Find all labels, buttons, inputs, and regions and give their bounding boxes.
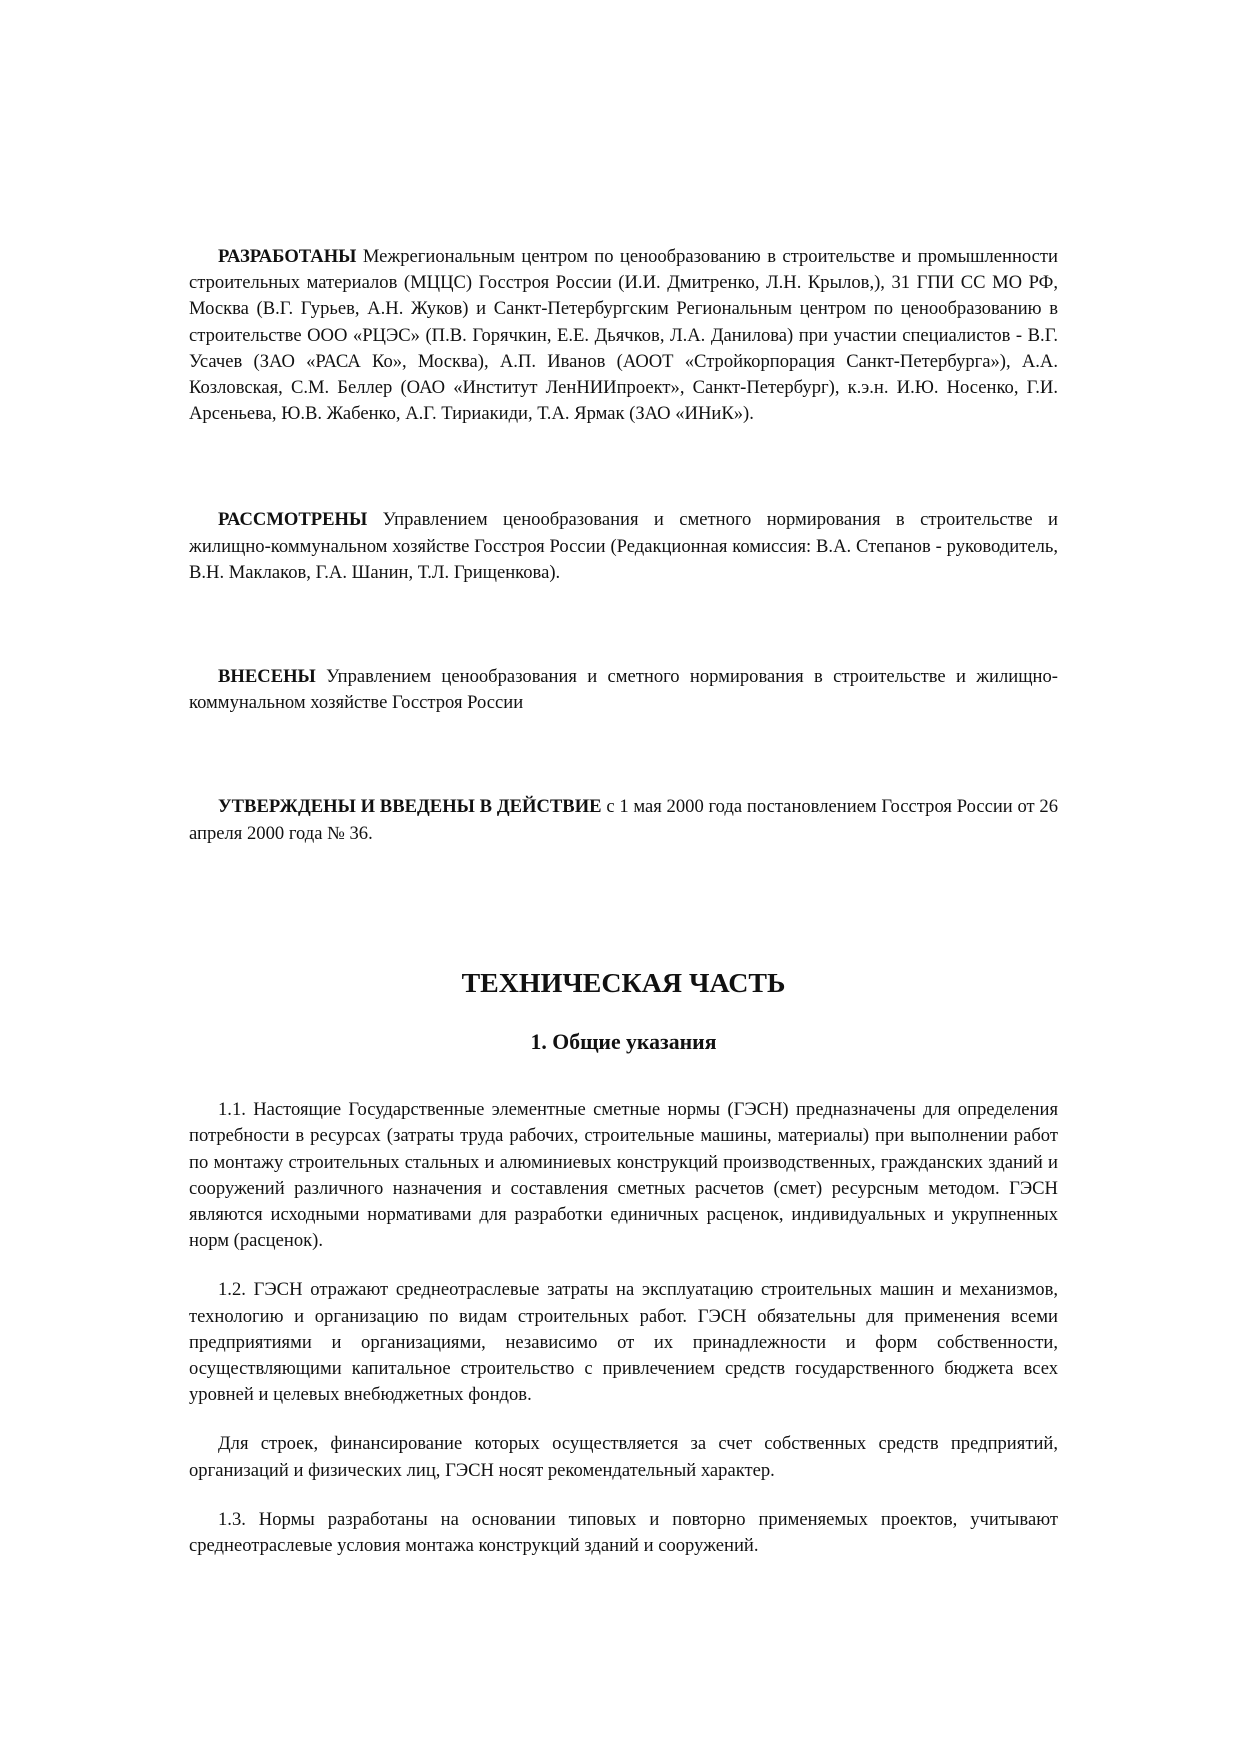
developed-lead: РАЗРАБОТАНЫ bbox=[218, 246, 356, 267]
approved-lead: УТВЕРЖДЕНЫ И ВВЕДЕНЫ В ДЕЙСТВИЕ bbox=[218, 796, 602, 817]
general-instructions-subtitle: 1. Общие указания bbox=[189, 1029, 1058, 1055]
submitted-lead: ВНЕСЕНЫ bbox=[218, 666, 316, 687]
technical-part-title: ТЕХНИЧЕСКАЯ ЧАСТЬ bbox=[189, 971, 1058, 997]
document-page: РАЗРАБОТАНЫ Межрегиональным центром по ц… bbox=[189, 244, 1058, 1559]
clause-1-1: 1.1. Настоящие Государственные элементны… bbox=[189, 1097, 1058, 1254]
submitted-text: Управлением ценообразования и сметного н… bbox=[189, 666, 1058, 713]
approved-paragraph: УТВЕРЖДЕНЫ И ВВЕДЕНЫ В ДЕЙСТВИЕ с 1 мая … bbox=[189, 794, 1058, 846]
reviewed-paragraph: РАССМОТРЕНЫ Управлением ценообразования … bbox=[189, 507, 1058, 586]
clause-1-2-note: Для строек, финансирование которых осуще… bbox=[189, 1431, 1058, 1483]
clause-1-3: 1.3. Нормы разработаны на основании типо… bbox=[189, 1507, 1058, 1559]
reviewed-lead: РАССМОТРЕНЫ bbox=[218, 509, 367, 530]
submitted-paragraph: ВНЕСЕНЫ Управлением ценообразования и см… bbox=[189, 664, 1058, 716]
developed-text: Межрегиональным центром по ценообразован… bbox=[189, 246, 1058, 424]
developed-paragraph: РАЗРАБОТАНЫ Межрегиональным центром по ц… bbox=[189, 244, 1058, 427]
clause-1-2: 1.2. ГЭСН отражают среднеотраслевые затр… bbox=[189, 1277, 1058, 1408]
